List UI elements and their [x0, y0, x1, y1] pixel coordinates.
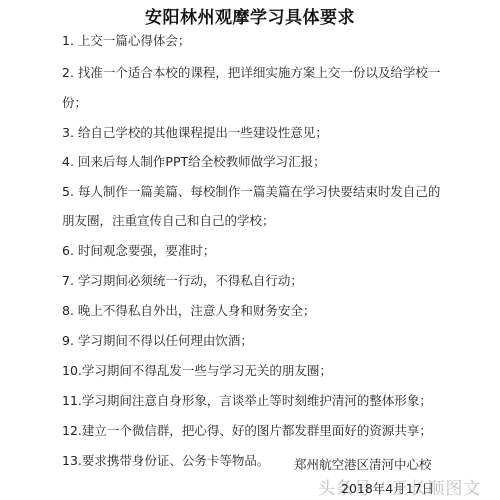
requirement-item-4: 4. 回来后每人制作PPT给全校教师做学习汇报；: [62, 154, 326, 170]
requirement-item-2-cont: 份；: [62, 95, 87, 111]
requirement-item-9: 9. 学习期间不得以任何理由饮酒；: [62, 333, 253, 349]
requirement-item-11: 11.学习期间注意自身形象，言谈举止等时刻维护清河的整体形象；: [62, 393, 432, 409]
document-title: 安阳林州观摩学习具体要求: [0, 3, 500, 28]
footer-organization: 郑州航空港区清河中心校: [294, 455, 432, 473]
requirement-item-1: 1. 上交一篇心得体会；: [62, 33, 190, 49]
requirement-item-8: 8. 晚上不得私自外出，注意人身和财务安全；: [62, 303, 315, 319]
requirement-item-10: 10.学习期间不得乱发一些与学习无关的朋友圈；: [62, 363, 332, 379]
requirement-item-5-cont: 朋友圈，注重宣传自己和自己的学校；: [62, 213, 275, 229]
requirement-item-2: 2. 找准一个适合本校的课程，把详细实施方案上交一份以及给学校一: [62, 65, 440, 81]
requirement-item-3: 3. 给自己学校的其他课程提出一些建设性意见；: [62, 125, 328, 141]
footer-date: 2018年4月17日: [341, 479, 434, 497]
requirement-item-6: 6. 时间观念要强，要准时；: [62, 243, 215, 259]
requirement-item-7: 7. 学习期间必须统一行动，不得私自行动；: [62, 273, 303, 289]
requirement-item-12: 12.建立一个微信群，把心得、好的图片都发群里面好的资源共享；: [62, 423, 432, 439]
requirement-item-13: 13.要求携带身份证、公务卡等物品。: [62, 453, 269, 469]
requirement-item-5: 5. 每人制作一篇美篇、每校制作一篇美篇在学习快要结束时发自己的: [62, 184, 440, 200]
